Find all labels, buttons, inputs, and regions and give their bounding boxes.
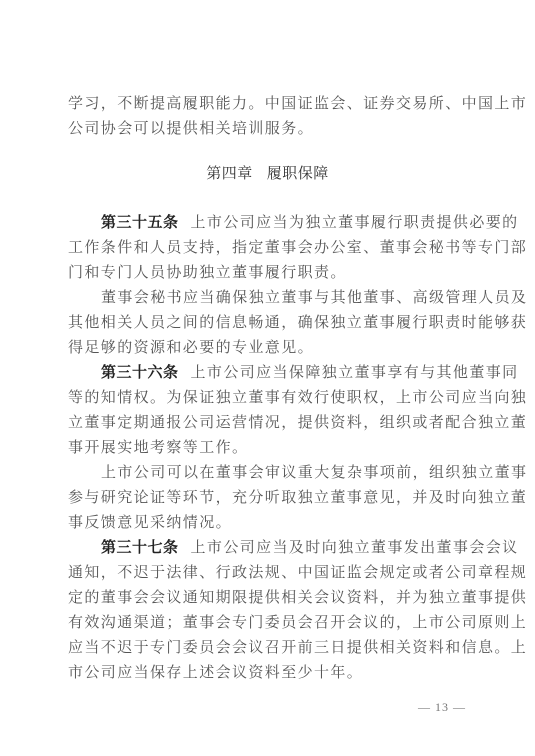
text-line: 工作条件和人员支持，指定董事会办公室、董事会秘书等专门部 xyxy=(68,237,468,257)
text-line: 事开展实地考察等工作。 xyxy=(68,437,468,457)
text-line: 公司协会可以提供相关培训服务。 xyxy=(68,118,468,138)
article-label: 第三十六条 xyxy=(101,363,179,381)
text-line: 上市公司可以在董事会审议重大复杂事项前，组织独立董事 xyxy=(101,462,468,482)
article-label: 第三十五条 xyxy=(101,213,179,231)
text-line: 等的知情权。为保证独立董事有效行使职权，上市公司应当向独 xyxy=(68,387,468,407)
text-line: 事反馈意见采纳情况。 xyxy=(68,512,468,532)
text-line: 董事会秘书应当确保独立董事与其他董事、高级管理人员及 xyxy=(101,287,468,307)
text-line: 参与研究论证等环节，充分听取独立董事意见，并及时向独立董 xyxy=(68,487,468,507)
article-label: 第三十七条 xyxy=(101,538,179,556)
chapter-title: 履职保障 xyxy=(267,164,329,182)
article-35-line: 第三十五条上市公司应当为独立董事履行职责提供必要的 xyxy=(101,212,468,232)
document-page: 学习，不断提高履职能力。中国证监会、证券交易所、中国上市 公司协会可以提供相关培… xyxy=(0,0,535,756)
article-36-line: 第三十六条上市公司应当保障独立董事享有与其他董事同 xyxy=(101,362,468,382)
chapter-heading: 第四章履职保障 xyxy=(0,163,535,183)
text-line: 应当不迟于专门委员会会议召开前三日提供相关资料和信息。上 xyxy=(68,637,468,657)
text-line: 立董事定期通报公司运营情况，提供资料，组织或者配合独立董 xyxy=(68,412,468,432)
text-line: 定的董事会会议通知期限提供相关会议资料，并为独立董事提供 xyxy=(68,587,468,607)
page-number: — 13 — xyxy=(418,700,466,715)
text-line: 通知，不迟于法律、行政法规、中国证监会规定或者公司章程规 xyxy=(68,562,468,582)
text-line: 门和专门人员协助独立董事履行职责。 xyxy=(68,262,468,282)
article-37-line: 第三十七条上市公司应当及时向独立董事发出董事会会议 xyxy=(101,537,468,557)
chapter-number: 第四章 xyxy=(206,164,253,182)
text-line: 其他相关人员之间的信息畅通，确保独立董事履行职责时能够获 xyxy=(68,312,468,332)
text-line: 学习，不断提高履职能力。中国证监会、证券交易所、中国上市 xyxy=(68,93,468,113)
text-line: 市公司应当保存上述会议资料至少十年。 xyxy=(68,662,468,682)
text-line: 得足够的资源和必要的专业意见。 xyxy=(68,337,468,357)
text-line: 有效沟通渠道；董事会专门委员会召开会议的，上市公司原则上 xyxy=(68,612,468,632)
